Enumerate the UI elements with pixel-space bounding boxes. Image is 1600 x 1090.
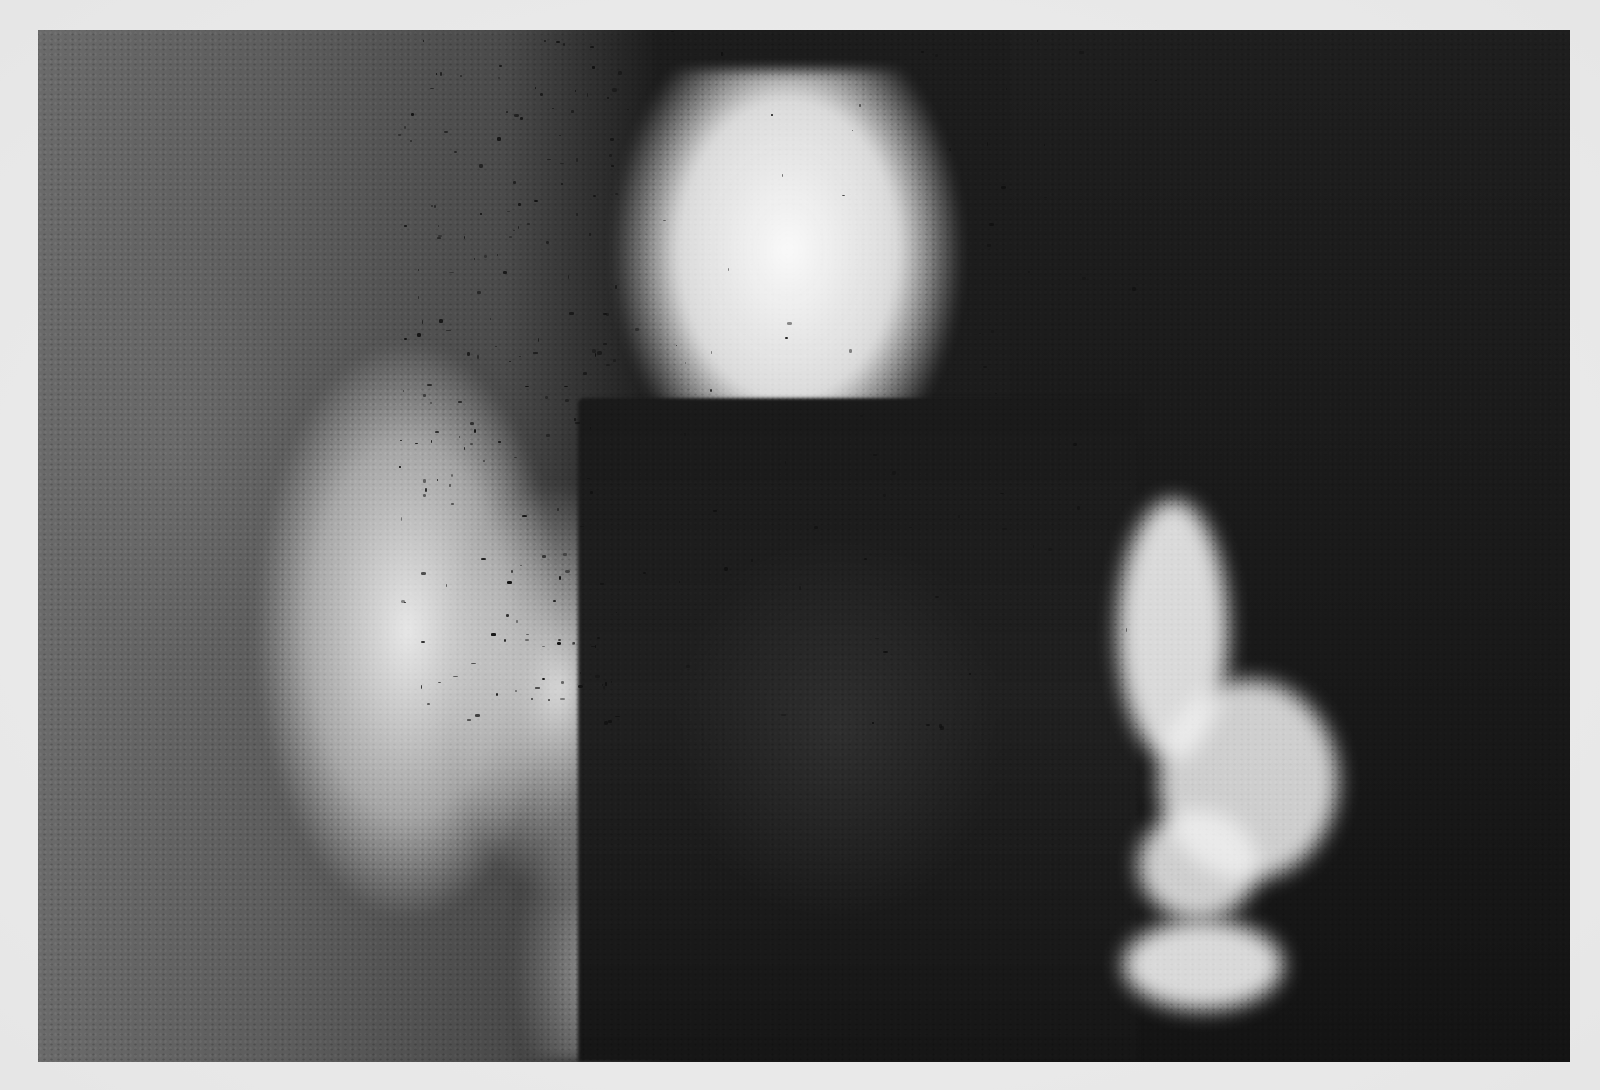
speck	[592, 66, 594, 68]
speck	[548, 699, 550, 701]
speck	[552, 108, 554, 109]
speck	[921, 51, 923, 54]
speck	[435, 431, 438, 433]
speck	[507, 581, 512, 584]
speck	[484, 255, 487, 258]
speck	[1126, 628, 1127, 632]
speck	[1077, 506, 1081, 510]
speck	[799, 586, 801, 590]
speck	[781, 714, 786, 716]
speck	[787, 322, 792, 325]
speck	[710, 389, 712, 393]
speck	[534, 200, 538, 202]
speck	[935, 596, 939, 598]
speck	[498, 77, 501, 79]
speck	[475, 714, 479, 717]
speck	[883, 494, 886, 497]
speck	[454, 151, 457, 153]
speck	[542, 555, 546, 558]
speck	[1002, 528, 1007, 531]
speck	[527, 223, 529, 225]
speck	[1079, 51, 1083, 54]
speck	[578, 685, 582, 689]
speck	[1082, 277, 1086, 280]
speck	[859, 104, 860, 107]
speck	[540, 93, 544, 96]
speck	[987, 244, 992, 247]
speck	[503, 271, 506, 273]
speck	[481, 558, 486, 560]
speck	[611, 165, 614, 166]
speck	[560, 698, 565, 700]
speck	[721, 52, 723, 55]
speck	[422, 320, 423, 323]
speck	[557, 642, 561, 645]
speck	[713, 510, 717, 512]
speck	[615, 285, 617, 289]
speck	[479, 164, 483, 168]
speck	[603, 686, 605, 689]
speck	[1028, 271, 1030, 273]
speck	[615, 716, 620, 717]
speck	[546, 241, 549, 244]
speck	[589, 233, 590, 237]
speck	[612, 88, 617, 92]
speck	[535, 687, 540, 688]
speck	[404, 225, 406, 227]
speck	[423, 394, 425, 397]
speck	[969, 673, 970, 675]
speck	[417, 333, 421, 337]
charcoal-grain	[38, 30, 1570, 1062]
speck	[437, 479, 438, 480]
speck	[404, 602, 406, 603]
speck	[1006, 88, 1007, 90]
speck	[511, 570, 513, 573]
speck	[939, 724, 942, 728]
speck	[460, 75, 462, 77]
speck	[569, 312, 573, 314]
speck	[751, 559, 753, 562]
speck	[987, 142, 989, 145]
speck	[609, 154, 612, 157]
speck	[574, 418, 575, 421]
speck	[592, 349, 595, 353]
speck	[514, 114, 519, 117]
speck	[520, 117, 523, 120]
speck	[635, 328, 640, 331]
speck	[615, 193, 618, 195]
speck	[1001, 186, 1006, 188]
speck	[983, 366, 987, 368]
speck	[595, 645, 596, 648]
speck	[399, 466, 401, 468]
speck	[559, 135, 561, 137]
speck	[477, 355, 479, 358]
speck	[600, 583, 604, 585]
speck	[613, 359, 615, 361]
speck	[559, 576, 561, 580]
speck	[949, 148, 951, 151]
speck	[608, 720, 612, 723]
speck	[427, 384, 431, 386]
speck	[989, 223, 994, 226]
speck	[437, 237, 441, 239]
speck	[576, 158, 577, 162]
speck	[423, 479, 426, 483]
speck	[1132, 287, 1136, 291]
speck	[421, 685, 422, 689]
speck	[467, 352, 470, 356]
speck	[595, 675, 600, 678]
speck	[431, 205, 433, 206]
speck	[663, 220, 666, 221]
speck	[572, 642, 575, 645]
speck	[604, 721, 608, 725]
speck	[497, 137, 501, 140]
speck	[513, 181, 516, 184]
speck	[440, 72, 442, 76]
speck	[849, 349, 852, 353]
speck	[453, 676, 458, 677]
speck	[785, 337, 788, 339]
speck	[671, 31, 674, 32]
speck	[618, 71, 622, 75]
speck	[873, 454, 877, 455]
speck	[509, 361, 511, 362]
speck	[525, 639, 529, 641]
speck	[597, 351, 602, 355]
speck	[603, 313, 606, 315]
speck	[418, 269, 420, 270]
speck	[516, 620, 518, 622]
speck	[610, 138, 614, 141]
speck	[576, 213, 577, 215]
speck	[439, 319, 443, 322]
speck	[518, 203, 521, 206]
speck	[477, 291, 481, 293]
charcoal-drawing	[38, 30, 1570, 1062]
speck	[785, 461, 786, 464]
speck	[458, 401, 461, 403]
speck	[436, 73, 437, 75]
speck	[1000, 493, 1004, 494]
speck	[564, 386, 568, 387]
speck	[506, 111, 508, 113]
speck	[533, 352, 537, 353]
speck	[724, 567, 728, 571]
speck	[563, 553, 567, 556]
speck	[470, 443, 472, 446]
speck	[883, 651, 888, 653]
speck	[580, 526, 583, 527]
speck	[557, 508, 559, 511]
speck	[590, 491, 593, 494]
speck	[814, 526, 818, 529]
speck	[411, 113, 415, 116]
speck	[565, 570, 570, 574]
speck	[474, 429, 476, 433]
speck	[711, 351, 712, 354]
speck	[571, 110, 574, 112]
speck	[519, 356, 521, 357]
speck	[509, 236, 511, 238]
speck	[398, 134, 401, 136]
speck	[491, 633, 495, 635]
speck	[565, 399, 569, 402]
speck	[421, 641, 425, 643]
speck	[583, 372, 587, 374]
speck	[892, 471, 896, 475]
speck	[449, 484, 450, 486]
